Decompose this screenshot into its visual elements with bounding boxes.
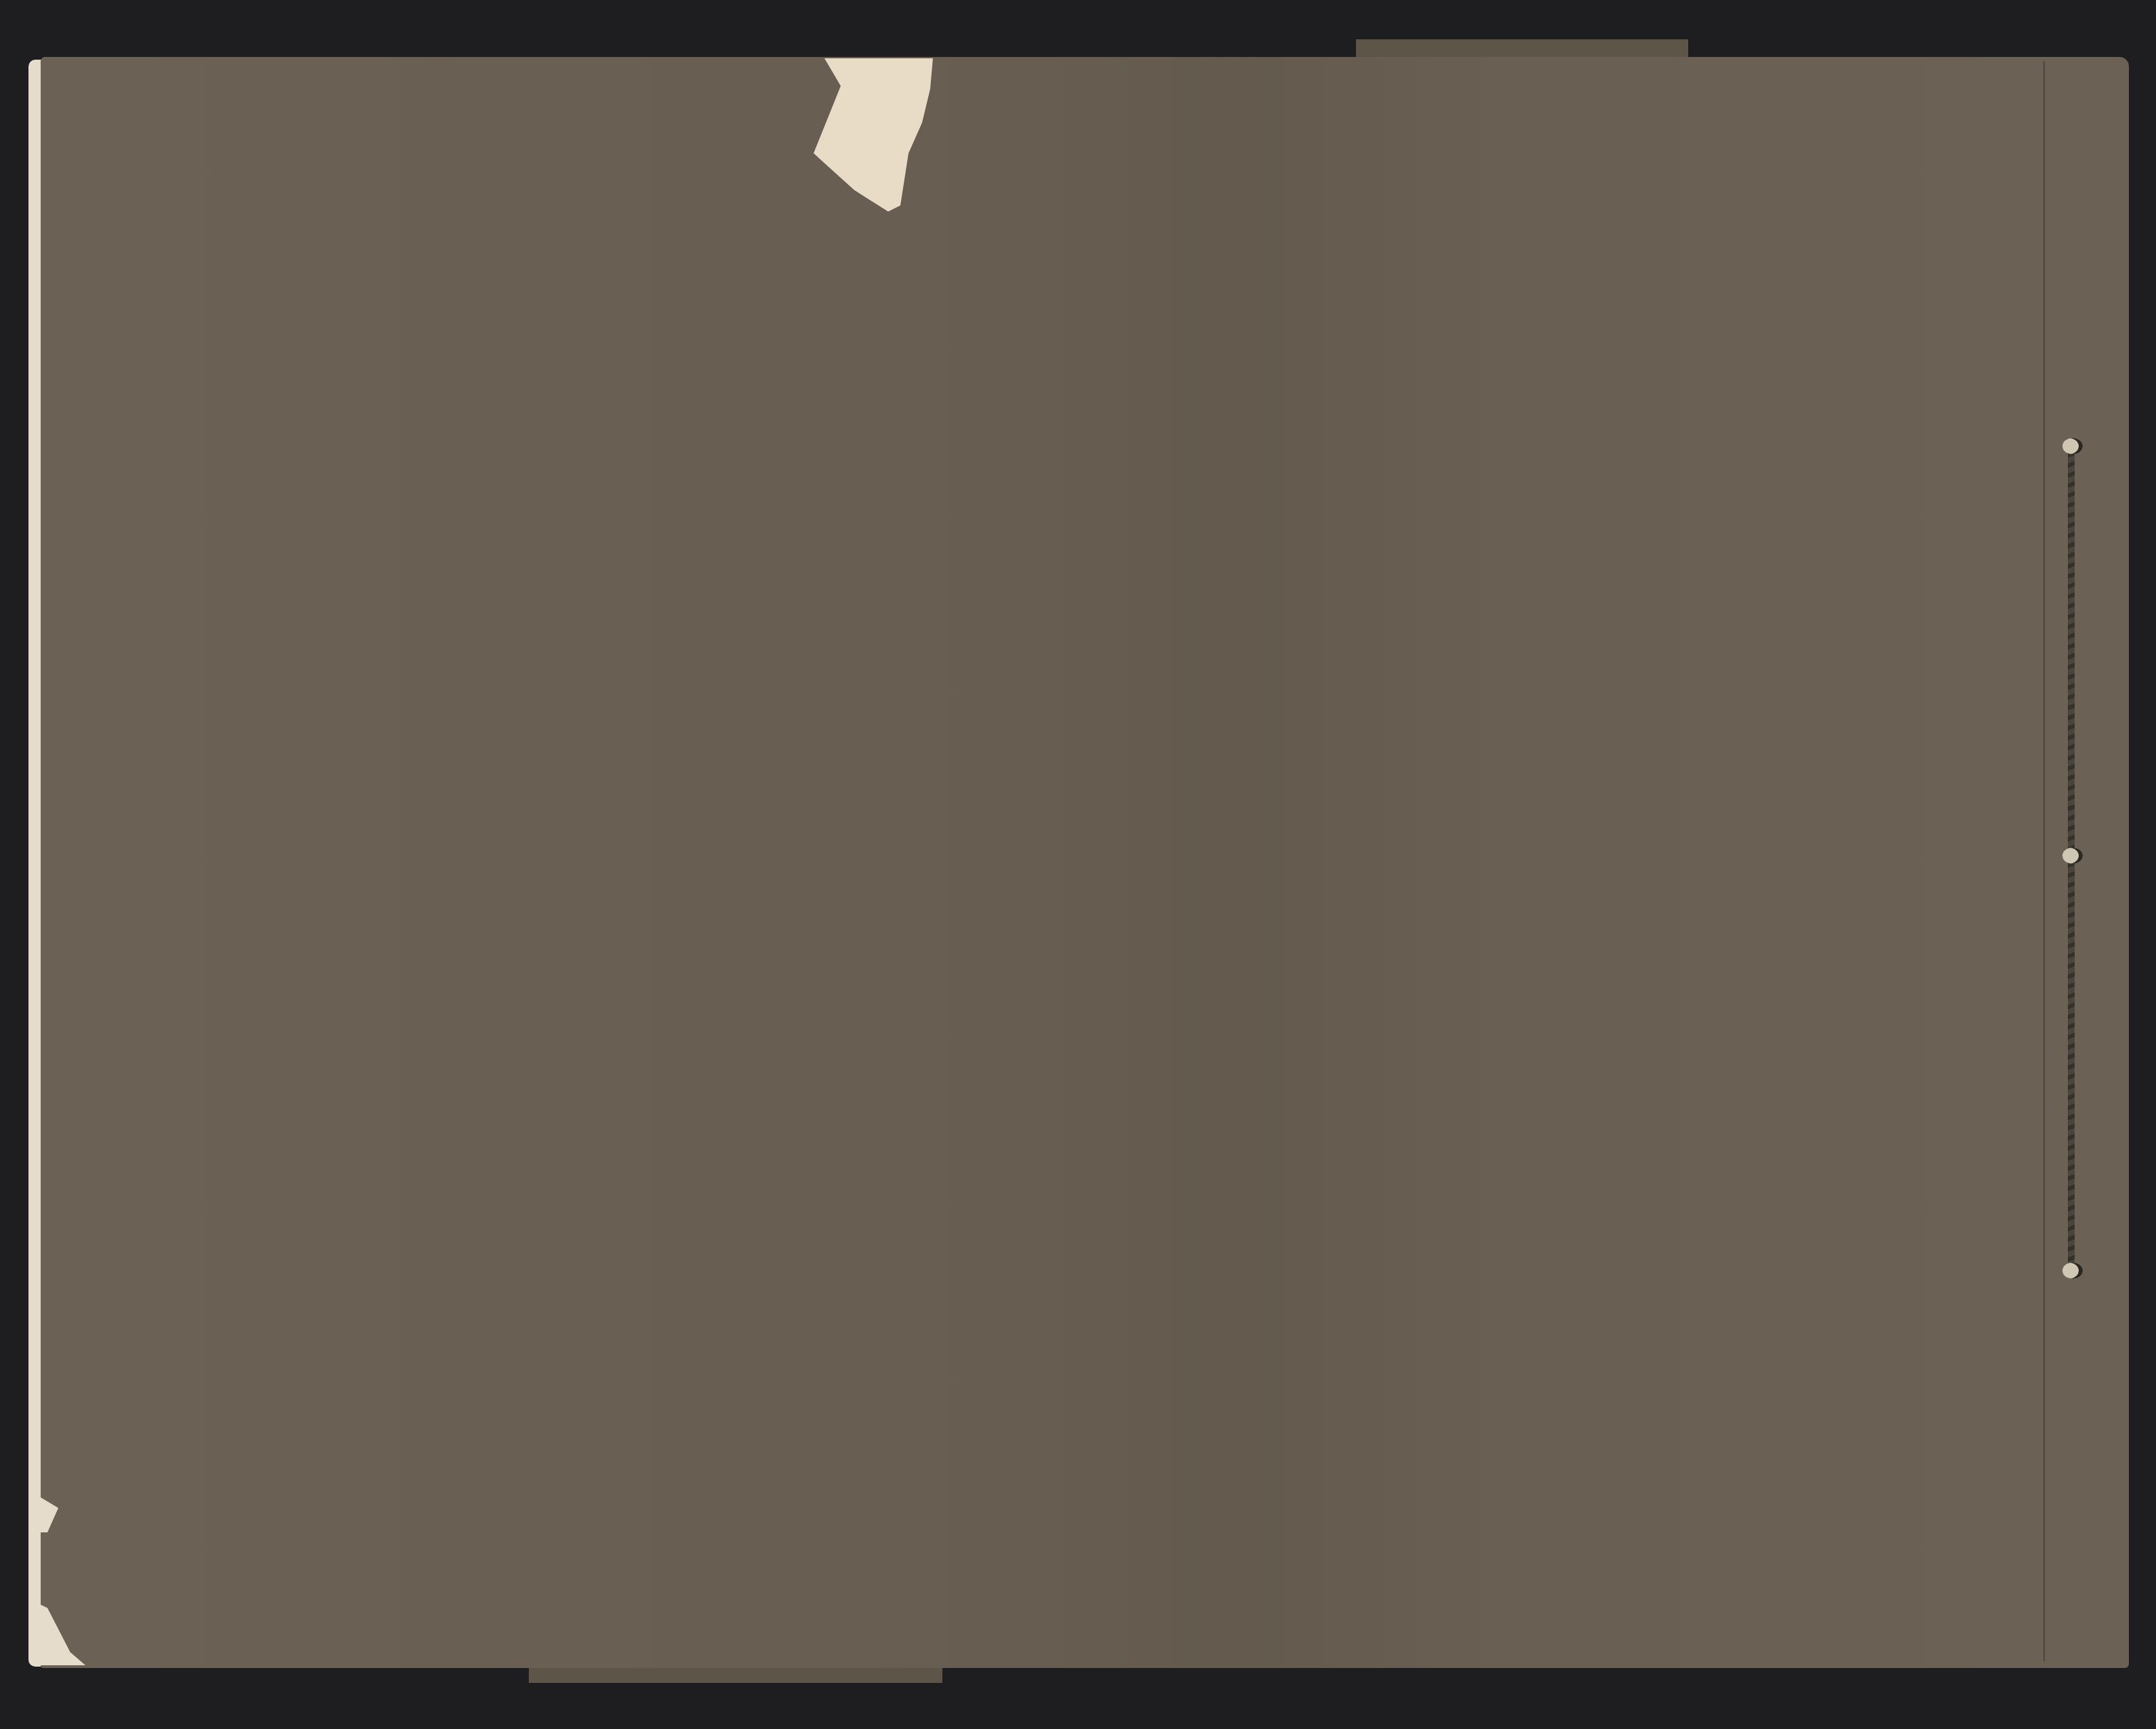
- document-cover: [41, 57, 2129, 1668]
- binding-hole-middle: [2062, 848, 2083, 864]
- binding-hole-top: [2062, 438, 2083, 454]
- binding-cord-lower: [2068, 858, 2075, 1265]
- spine-crease: [2043, 61, 2045, 1661]
- binding-hole-bottom: [2062, 1263, 2083, 1279]
- binding-cord-upper: [2068, 448, 2075, 854]
